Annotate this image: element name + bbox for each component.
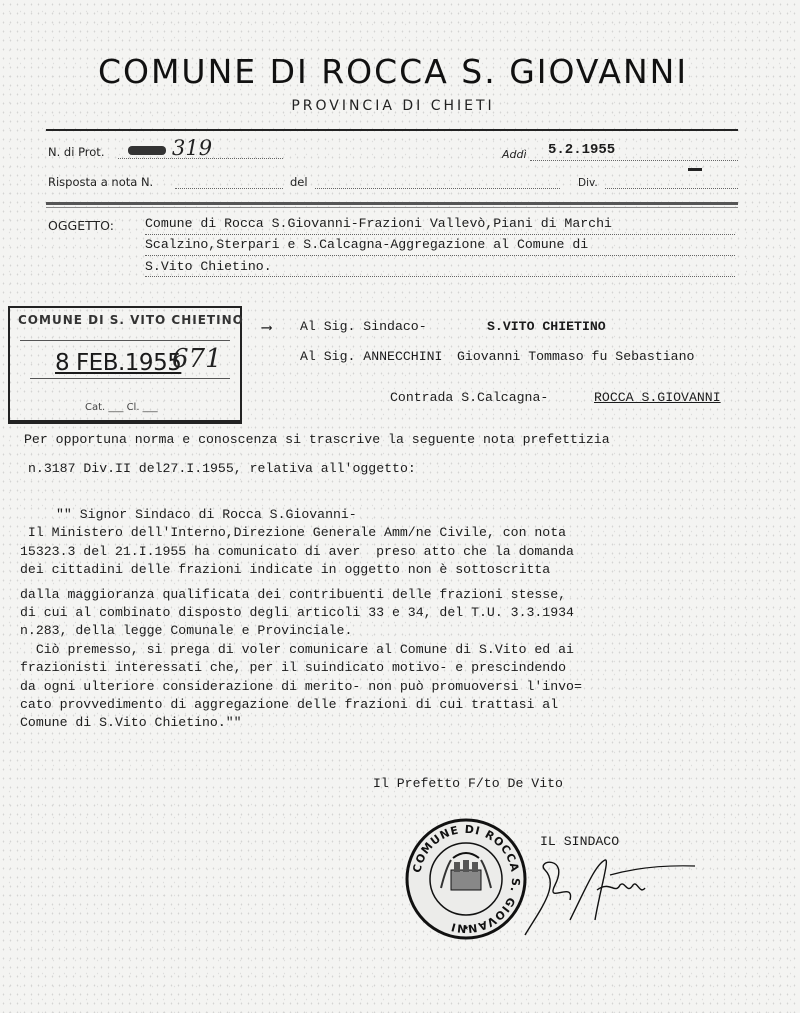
quoted-line: Ciò premesso, si prega di voler comunica…	[20, 641, 582, 659]
arrow-icon: ⟶	[262, 318, 271, 337]
del-date-field	[315, 188, 560, 189]
letterhead-title: COMUNE DI ROCCA S. GIOVANNI	[48, 52, 738, 91]
stamp-number: 671	[172, 344, 222, 374]
quoted-line: da ogni ulteriore considerazione di meri…	[20, 678, 582, 696]
div-field	[605, 188, 738, 189]
subject-label: OGGETTO:	[48, 218, 114, 233]
header-divider	[46, 129, 738, 131]
quoted-line: 15323.3 del 21.I.1955 ha comunicato di a…	[20, 543, 582, 561]
reply-label: Risposta a nota N.	[48, 175, 153, 189]
date-value: 5.2.1955	[548, 142, 615, 158]
recipient-3-prefix: Contrada S.Calcagna-	[390, 390, 548, 405]
intro-line-1: Per opportuna norma e conoscenza si tras…	[24, 432, 610, 447]
struck-out-mark	[128, 146, 166, 155]
quoted-line: dalla maggioranza qualificata dei contri…	[20, 586, 582, 604]
quoted-line: "" Signor Sindaco di Rocca S.Giovanni-	[20, 506, 582, 524]
quoted-line: n.283, della legge Comunale e Provincial…	[20, 622, 582, 640]
mayor-signature	[515, 850, 715, 945]
protocol-field: 319	[128, 136, 212, 160]
seal-icon: COMUNE DI ROCCA S. GIOVANNI ★	[405, 818, 527, 940]
quoted-line: Il Ministero dell'Interno,Direzione Gene…	[20, 524, 582, 542]
date-label: Addì	[502, 148, 527, 161]
subject-rule-3	[145, 276, 735, 277]
intro-line-2: n.3187 Div.II del27.I.1955, relativa all…	[28, 461, 416, 476]
subject-line-1: Comune di Rocca S.Giovanni-Frazioni Vall…	[145, 216, 612, 231]
recipient-2-name: Giovanni Tommaso fu Sebastiano	[457, 349, 694, 364]
subject-line-2: Scalzino,Sterpari e S.Calcagna-Aggregazi…	[145, 237, 588, 252]
quoted-line: di cui al combinato disposto degli artic…	[20, 604, 582, 622]
form-divider-thin	[46, 207, 738, 208]
quoted-line: Comune di S.Vito Chietino.""	[20, 714, 582, 732]
date-field-line	[530, 160, 738, 161]
recipient-2-prefix: Al Sig. ANNECCHINI	[300, 349, 442, 364]
stamp-date: 8 FEB.1955	[55, 350, 181, 376]
quoted-line: dei cittadini delle frazioni indicate in…	[20, 561, 582, 579]
letterhead-subtitle: PROVINCIA DI CHIETI	[48, 98, 738, 114]
recipient-3-name: ROCCA S.GIOVANNI	[594, 390, 721, 405]
recipient-1-name: S.VITO CHIETINO	[487, 319, 606, 334]
del-label: del	[290, 175, 308, 189]
stamp-header: COMUNE DI S. VITO CHIETINO	[18, 313, 244, 327]
mayor-title: IL SINDACO	[540, 834, 619, 849]
municipal-seal: COMUNE DI ROCCA S. GIOVANNI ★	[405, 818, 527, 940]
quoted-line: cato provvedimento di aggregazione delle…	[20, 696, 582, 714]
stamp-footer: Cat. ___ Cl. ___	[85, 402, 158, 413]
ink-mark	[688, 168, 702, 171]
reply-number-field	[175, 188, 283, 189]
form-divider	[46, 202, 738, 205]
subject-rule-2	[145, 255, 735, 256]
quoted-line: frazionisti interessati che, per il suin…	[20, 659, 582, 677]
subject-line-3: S.Vito Chietino.	[145, 259, 272, 274]
subject-rule-1	[145, 234, 735, 235]
quoted-note: "" Signor Sindaco di Rocca S.Giovanni- I…	[20, 506, 582, 733]
div-label: Div.	[578, 177, 598, 189]
recipient-1-prefix: Al Sig. Sindaco-	[300, 319, 427, 334]
signature-scribble-icon	[515, 850, 715, 940]
prefect-signature: Il Prefetto F/to De Vito	[373, 776, 563, 791]
stamp-rule	[20, 340, 230, 341]
stamp-rule-2	[30, 378, 230, 379]
protocol-label: N. di Prot.	[48, 145, 104, 159]
protocol-number: 319	[172, 136, 212, 160]
svg-text:★: ★	[463, 923, 469, 934]
